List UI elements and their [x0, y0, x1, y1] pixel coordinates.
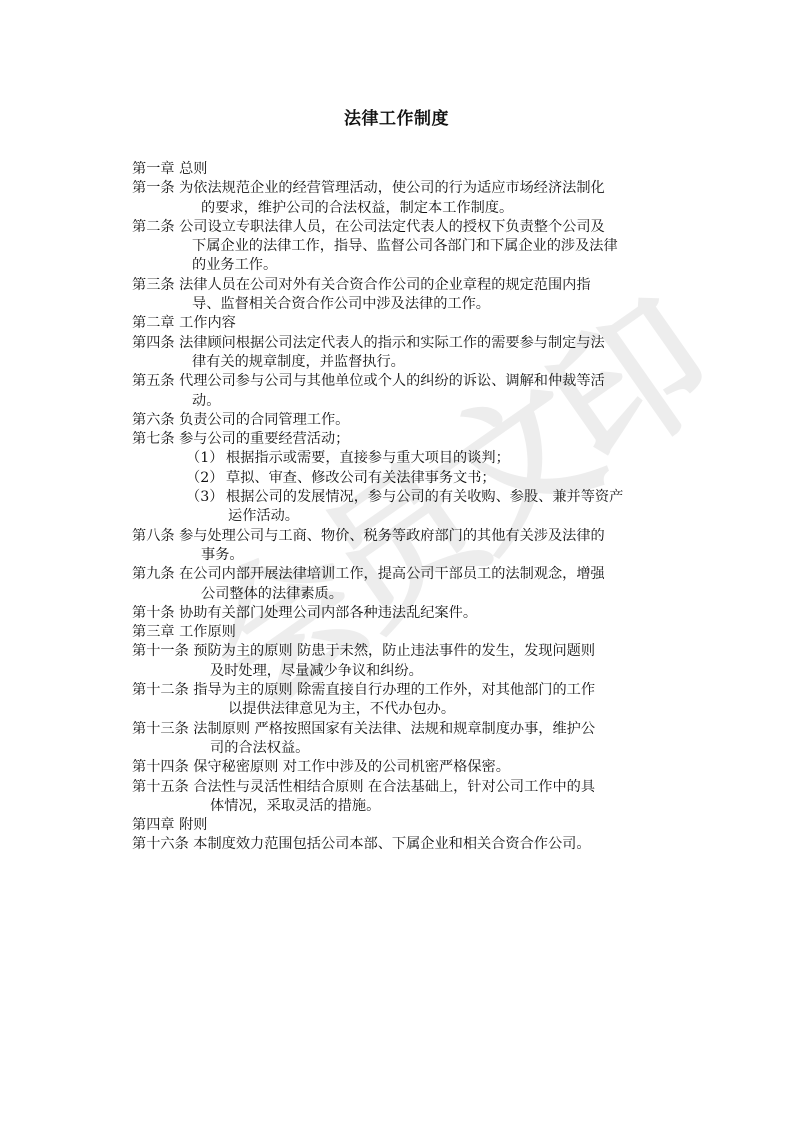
article-line: 第十六条 本制度效力范围包括公司本部、下属企业和相关合资合作公司。 — [132, 835, 677, 854]
article-line: 第十二条 指导为主的原则 除需直接自行办理的工作外，对其他部门的工作 — [132, 681, 677, 700]
sub-item-number: （2） — [186, 469, 226, 488]
sub-item-text: 根据公司的发展情况，参与公司的有关收购、参股、兼并等资产 — [226, 489, 623, 505]
continuation-line: 动。 — [132, 392, 677, 411]
article-line: 第十条 协助有关部门处理公司内部各种违法乱纪案件。 — [132, 604, 677, 623]
article-line: 第八条 参与处理公司与工商、物价、税务等政府部门的其他有关涉及法律的 — [132, 527, 677, 546]
article-line: 第五条 代理公司参与公司与其他单位或个人的纠纷的诉讼、调解和仲裁等活 — [132, 372, 677, 391]
continuation-line: 以提供法律意见为主，不代办包办。 — [132, 700, 677, 719]
continuation-line: 导、监督相关合资合作公司中涉及法律的工作。 — [132, 295, 677, 314]
continuation-line: 体情况，采取灵活的措施。 — [132, 797, 677, 816]
chapter-heading: 第三章 工作原则 — [132, 623, 677, 642]
article-line: 第一条 为依法规范企业的经营管理活动，使公司的行为适应市场经济法制化 — [132, 179, 677, 198]
article-line: 第四条 法律顾问根据公司法定代表人的指示和实际工作的需要参与制定与法 — [132, 334, 677, 353]
chapter-heading: 第二章 工作内容 — [132, 314, 677, 333]
article-line: 第十三条 法制原则 严格按照国家有关法律、法规和规章制度办事，维护公 — [132, 720, 677, 739]
document-body: 第一章 总则第一条 为依法规范企业的经营管理活动，使公司的行为适应市场经济法制化… — [132, 160, 677, 855]
continuation-line: 律有关的规章制度，并监督执行。 — [132, 353, 677, 372]
sub-item-number: （3） — [186, 488, 226, 507]
article-line: 第十一条 预防为主的原则 防患于未然，防止违法事件的发生，发现问题则 — [132, 642, 677, 661]
document-title: 法律工作制度 — [0, 104, 793, 129]
continuation-line: 的业务工作。 — [132, 256, 677, 275]
article-line: 第三条 法律人员在公司对外有关合资合作公司的企业章程的规定范围内指 — [132, 276, 677, 295]
continuation-line: 司的合法权益。 — [132, 739, 677, 758]
sub-item-number: （1） — [186, 449, 226, 468]
sub-item: （1）根据指示或需要，直接参与重大项目的谈判； — [132, 449, 677, 468]
document-page: 会员文印 法律工作制度 第一章 总则第一条 为依法规范企业的经营管理活动，使公司… — [0, 0, 793, 1122]
continuation-line: 运作活动。 — [132, 507, 677, 526]
sub-item: （3）根据公司的发展情况，参与公司的有关收购、参股、兼并等资产 — [132, 488, 677, 507]
article-line: 第九条 在公司内部开展法律培训工作，提高公司干部员工的法制观念，增强 — [132, 565, 677, 584]
article-line: 第六条 负责公司的合同管理工作。 — [132, 411, 677, 430]
article-line: 第十五条 合法性与灵活性相结合原则 在合法基础上，针对公司工作中的具 — [132, 778, 677, 797]
sub-item-text: 根据指示或需要，直接参与重大项目的谈判； — [226, 450, 510, 466]
article-line: 第二条 公司设立专职法律人员，在公司法定代表人的授权下负责整个公司及 — [132, 218, 677, 237]
continuation-line: 事务。 — [132, 546, 677, 565]
article-line: 第十四条 保守秘密原则 对工作中涉及的公司机密严格保密。 — [132, 758, 677, 777]
chapter-heading: 第一章 总则 — [132, 160, 677, 179]
continuation-line: 及时处理，尽量减少争议和纠纷。 — [132, 662, 677, 681]
continuation-line: 公司整体的法律素质。 — [132, 585, 677, 604]
sub-item-text: 草拟、审查、修改公司有关法律事务文书； — [226, 470, 496, 486]
continuation-line: 下属企业的法律工作，指导、监督公司各部门和下属企业的涉及法律 — [132, 237, 677, 256]
article-line: 第七条 参与公司的重要经营活动； — [132, 430, 677, 449]
chapter-heading: 第四章 附则 — [132, 816, 677, 835]
continuation-line: 的要求，维护公司的合法权益，制定本工作制度。 — [132, 199, 677, 218]
sub-item: （2）草拟、审查、修改公司有关法律事务文书； — [132, 469, 677, 488]
